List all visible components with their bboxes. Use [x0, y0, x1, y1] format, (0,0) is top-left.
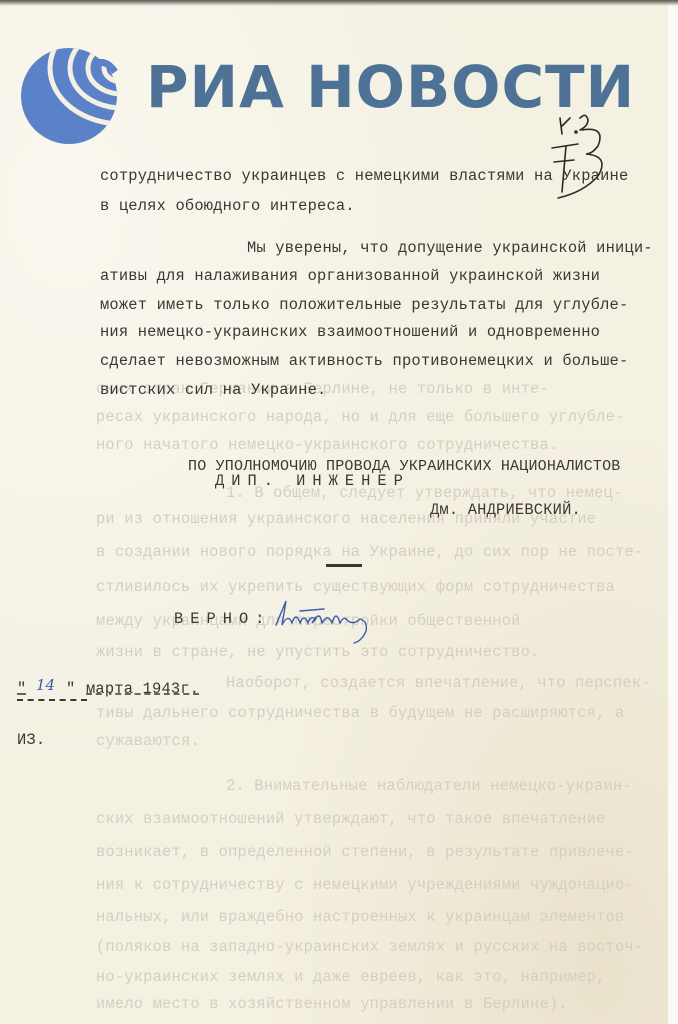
body-line: сделает невозможным активность противоне… — [100, 354, 628, 369]
bleed-line: возникает, в определенной степени, в рез… — [96, 843, 634, 861]
bleed-line: имело место в хозяйственном управлении в… — [96, 995, 568, 1013]
date-close-quote: " — [66, 682, 75, 697]
signer-name: Дм. АНДРИЕВСКИЙ. — [430, 503, 581, 518]
bleed-line: 2. Внимательные наблюдатели немецко-укра… — [226, 777, 632, 795]
bleed-line: ресах украинского народа, но и для еще б… — [96, 408, 624, 426]
body-line: ативы для налаживания организованной укр… — [100, 269, 600, 284]
body-line: в целях обоюдного интереса. — [100, 199, 355, 214]
title-line: ДИП. ИНЖЕНЕР — [215, 474, 410, 489]
scan-edge-shadow — [0, 0, 678, 6]
handwritten-signature — [272, 595, 382, 645]
bleed-line: ния к сотрудничеству с немецкими учрежде… — [96, 876, 634, 894]
bleed-line: в создании нового порядка на Украине, до… — [96, 543, 643, 561]
body-line: вистских сил на Украине. — [100, 383, 326, 398]
handwritten-page-number — [548, 108, 628, 204]
bleed-line: жизни в стране, не упустить это сотрудни… — [96, 643, 540, 661]
bleed-line: (поляков на западно-украинских землях и … — [96, 938, 643, 956]
certified-label: ВЕРНО: — [174, 612, 271, 627]
bleed-line: нальных, или враждебно настроенных к укр… — [96, 908, 624, 926]
bleed-line: но-украинских землях и даже евреев, как … — [96, 968, 606, 986]
bleed-line: ских взаимоотношений утверждают, что так… — [96, 810, 606, 828]
date-open-quote: " — [17, 682, 26, 697]
bleed-line: сужаваются. — [96, 732, 200, 750]
bleed-line: Наоборот, создается впечатление, что пер… — [226, 674, 651, 692]
date-underline — [17, 699, 87, 701]
bleed-line: стливилось их укрепить существующих форм… — [96, 578, 615, 596]
globe-waves-icon — [17, 38, 127, 146]
body-line: сотрудничество украинцев с немецкими вла… — [100, 169, 628, 184]
date-month-year: марта 1943г. — [86, 682, 199, 697]
date-day: 14 — [36, 676, 55, 694]
typist-initials: ИЗ. — [17, 733, 45, 748]
body-line: может иметь только положительные результ… — [100, 298, 628, 313]
bleed-line: ного начатого немецко-украинского сотруд… — [96, 436, 558, 454]
body-line: ния немецко-украинских взаимоотношений и… — [100, 325, 600, 340]
body-line: Мы уверены, что допущение украинской ини… — [247, 241, 653, 256]
separator-line — [326, 564, 362, 567]
bleed-line: тивы дальнего сотрудничества в будущем н… — [96, 704, 624, 722]
